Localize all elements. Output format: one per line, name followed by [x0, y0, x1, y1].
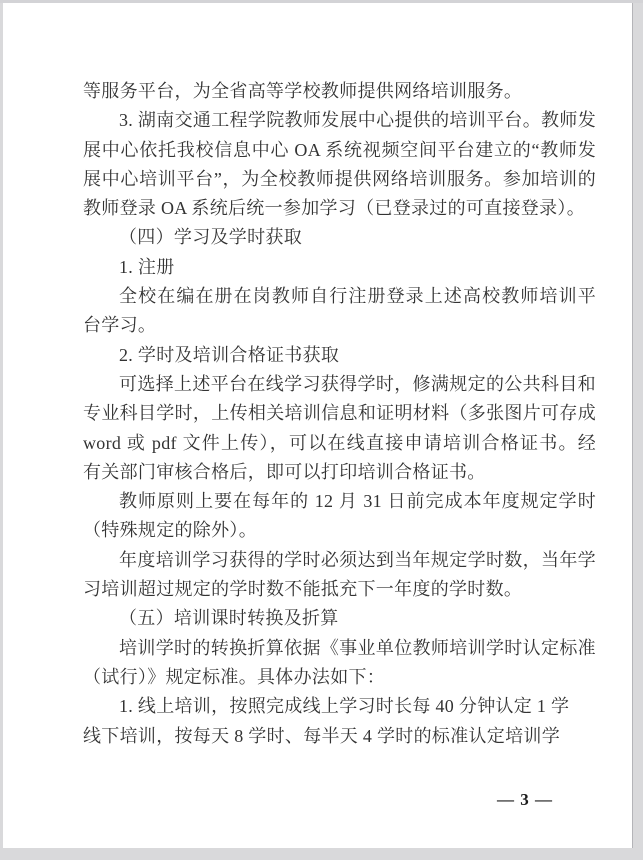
- text-line: （特殊规定的除外）。: [83, 516, 596, 545]
- section-heading: （四）学习及学时获取: [83, 223, 596, 252]
- text-line: 有关部门审核合格后，即可以打印培训合格证书。: [83, 458, 596, 487]
- text-line: 等服务平台，为全省高等学校教师提供网络培训服务。: [83, 77, 596, 106]
- section-heading: （五）培训课时转换及折算: [83, 604, 596, 633]
- document-text-block: 等服务平台，为全省高等学校教师提供网络培训服务。 3. 湖南交通工程学院教师发展…: [83, 77, 596, 751]
- text-line: 习培训超过规定的学时数不能抵充下一年度的学时数。: [83, 575, 596, 604]
- list-item-heading: 1. 注册: [83, 253, 596, 282]
- text-line: 教师原则上要在每年的 12 月 31 日前完成本年度规定学时: [83, 487, 596, 516]
- text-line: 年度培训学习获得的学时必须达到当年规定学时数，当年学: [83, 546, 596, 575]
- text-line: 培训学时的转换折算依据《事业单位教师培训学时认定标准: [83, 634, 596, 663]
- text-line: 台学习。: [83, 311, 596, 340]
- text-line: 线下培训，按每天 8 学时、每半天 4 学时的标准认定培训学时。: [83, 722, 596, 751]
- page-number: — 3 —: [497, 790, 553, 810]
- text-line: word 或 pdf 文件上传），可以在线直接申请培训合格证书。经: [83, 429, 596, 458]
- text-line: 专业科目学时，上传相关培训信息和证明材料（多张图片可存成: [83, 399, 596, 428]
- text-line: 展中心培训平台”，为全校教师提供网络培训服务。参加培训的: [83, 165, 596, 194]
- text-line: 可选择上述平台在线学习获得学时，修满规定的公共科目和: [83, 370, 596, 399]
- text-line: 3. 湖南交通工程学院教师发展中心提供的培训平台。教师发: [83, 106, 596, 135]
- text-line: （试行）》规定标准。具体办法如下：: [83, 663, 596, 692]
- list-item-heading: 2. 学时及培训合格证书获取: [83, 341, 596, 370]
- text-line: 展中心依托我校信息中心 OA 系统视频空间平台建立的“教师发: [83, 136, 596, 165]
- text-line: 全校在编在册在岗教师自行注册登录上述高校教师培训平: [83, 282, 596, 311]
- text-line: 1. 线上培训，按照完成线上学习时长每 40 分钟认定 1 学时。: [83, 692, 596, 721]
- text-line: 教师登录 OA 系统后统一参加学习（已登录过的可直接登录）。: [83, 194, 596, 223]
- document-page: 等服务平台，为全省高等学校教师提供网络培训服务。 3. 湖南交通工程学院教师发展…: [3, 3, 633, 848]
